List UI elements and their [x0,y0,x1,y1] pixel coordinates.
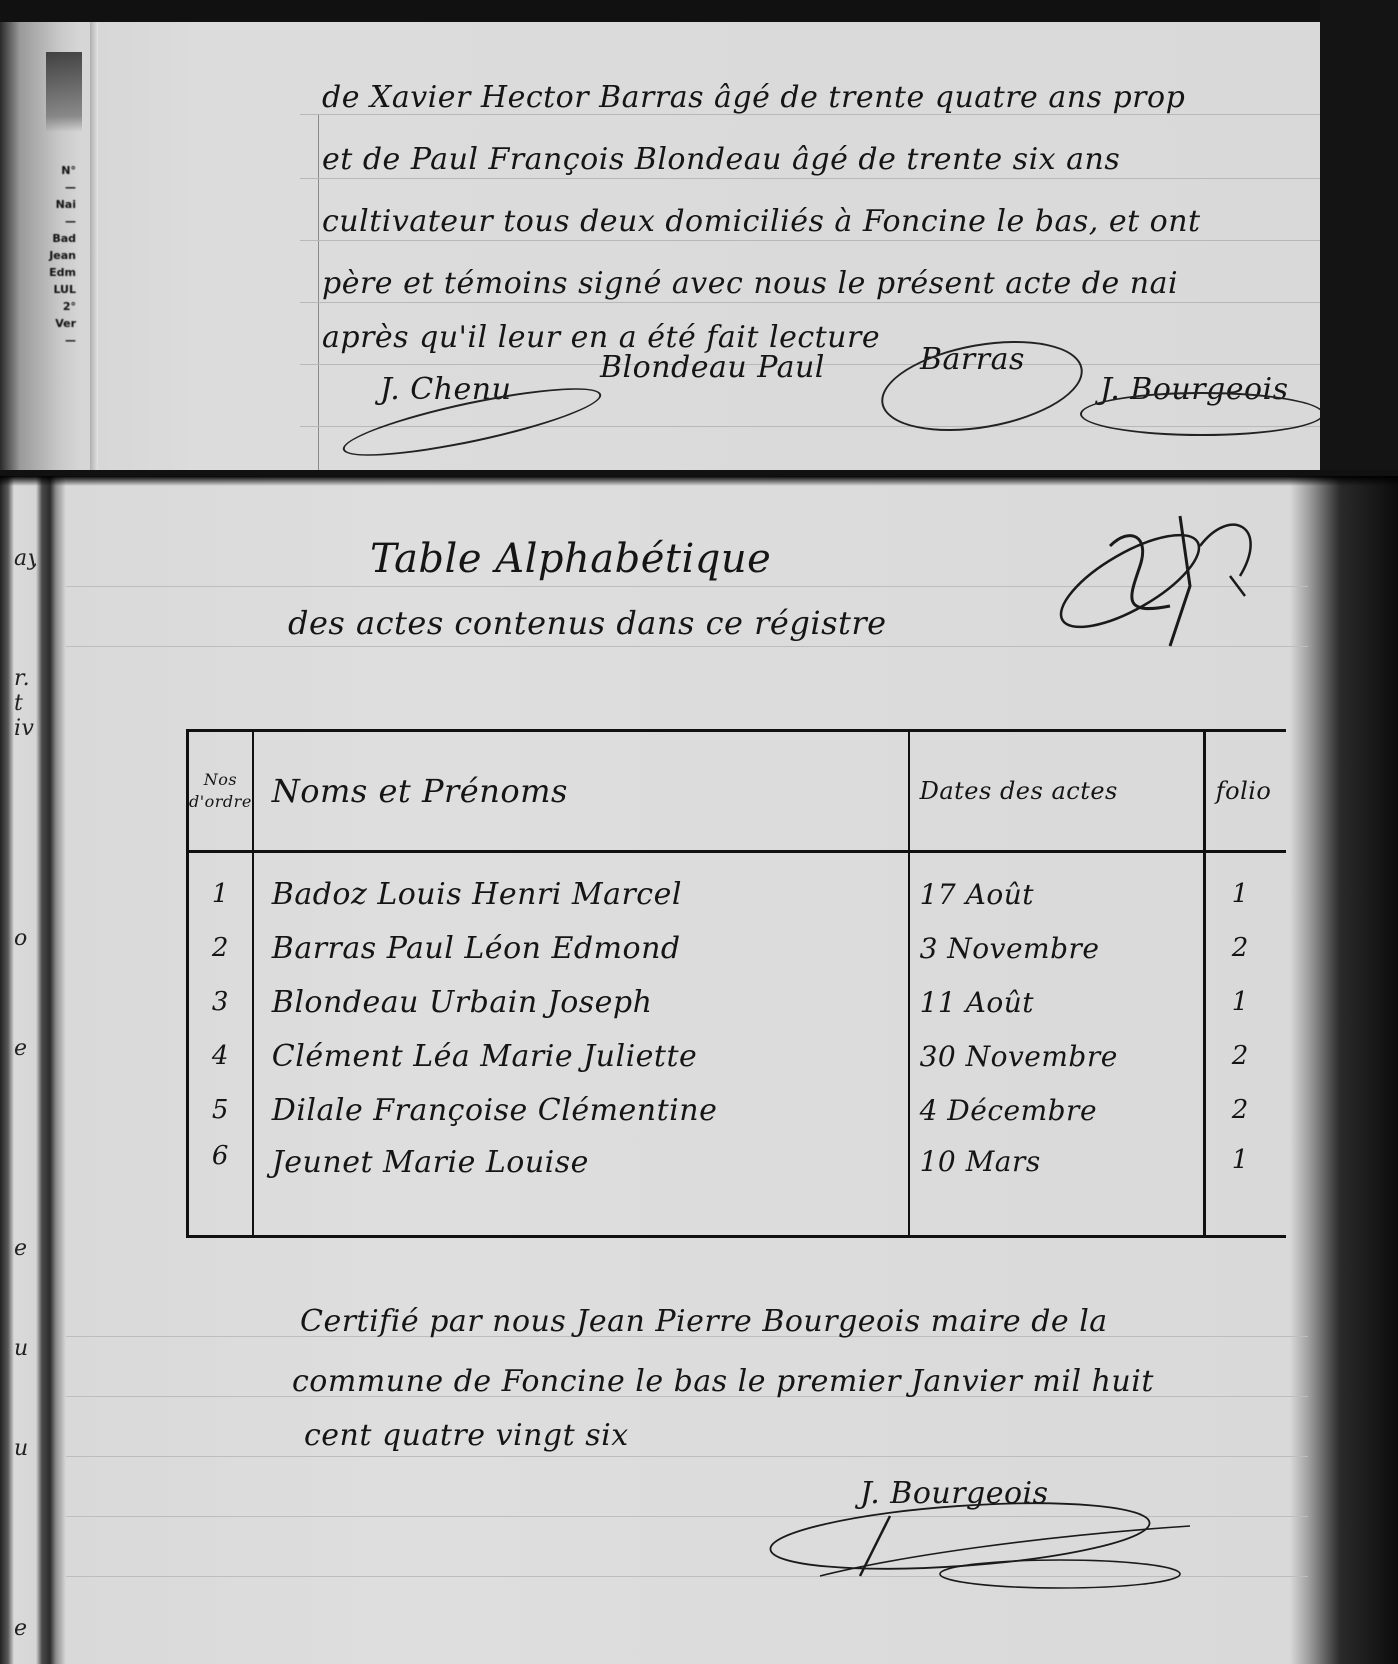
signature-blondeau: Blondeau Paul [600,350,825,385]
page-title: Table Alphabétique [370,536,771,582]
margin-note: — [16,179,76,196]
margin-note: — [16,213,76,230]
table-row: 3 Blondeau Urbain Joseph 11 Août 1 [188,975,1287,1029]
record-line: cultivateur tous deux domiciliés à Fonci… [322,204,1201,239]
page-edge [90,22,98,470]
row-date: 17 Août [909,852,1205,922]
margin-rule [318,114,319,470]
row-date: 30 Novembre [909,1029,1205,1083]
row-date: 10 Mars [909,1137,1205,1237]
row-number: 1 [188,852,253,922]
record-line: père et témoins signé avec nous le prése… [322,266,1178,301]
bleed-text: e [14,1616,36,1641]
scan-shadow [0,476,1398,486]
margin-note: Edm [16,264,76,281]
row-number: 5 [188,1083,253,1137]
bleed-text: u [14,1336,36,1361]
row-number: 4 [188,1029,253,1083]
row-date: 3 Novembre [909,921,1205,975]
row-number: 3 [188,975,253,1029]
row-name: Jeunet Marie Louise [253,1137,909,1237]
certification-line: cent quatre vingt six [304,1418,629,1453]
certification-line: Certifié par nous Jean Pierre Bourgeois … [300,1304,1108,1339]
signature-flourish [1080,392,1320,436]
row-date: 11 Août [909,975,1205,1029]
margin-note: Ver [16,315,76,332]
margin-note: Nai [16,196,76,213]
table-header-row: Nos d'ordre Noms et Prénoms Dates des ac… [188,731,1287,852]
row-name: Blondeau Urbain Joseph [253,975,909,1029]
row-name: Badoz Louis Henri Marcel [253,852,909,922]
header-order-number: Nos d'ordre [188,731,253,852]
bleed-text: e [14,1236,36,1261]
scan-border [1320,0,1398,470]
table-row: 2 Barras Paul Léon Edmond 3 Novembre 2 [188,921,1287,975]
header-names: Noms et Prénoms [253,731,909,852]
binding-shadow [46,52,82,132]
bleed-text: o [14,926,36,951]
row-name: Clément Léa Marie Juliette [253,1029,909,1083]
margin-note: LUL [16,281,76,298]
top-record-scan: N° — Nai — Bad Jean Edm LUL 2° Ver — de … [0,22,1320,470]
signature-flourish-icon [760,1486,1200,1596]
record-line: de Xavier Hector Barras âgé de trente qu… [322,80,1185,115]
bleed-text: ay [14,546,36,571]
row-folio: 1 [1204,1137,1286,1237]
margin-note: Bad [16,230,76,247]
certification-line: commune de Foncine le bas le premier Jan… [292,1364,1154,1399]
ruled-line [300,240,1320,241]
page-subtitle: des actes contenus dans ce régistre [288,604,887,642]
row-folio: 2 [1204,921,1286,975]
row-name: Barras Paul Léon Edmond [253,921,909,975]
margin-note: — [16,332,76,349]
bleed-text: e [14,1036,36,1061]
paraphe-icon [1040,506,1280,656]
index-page-scan: ay r. t iv o e e u u e Table Alphabétiqu… [0,476,1398,1664]
table-row: 5 Dilale Françoise Clémentine 4 Décembre… [188,1083,1287,1137]
table-row: 4 Clément Léa Marie Juliette 30 Novembre… [188,1029,1287,1083]
row-name: Dilale Françoise Clémentine [253,1083,909,1137]
header-dates: Dates des actes [909,731,1205,852]
bleed-text: r. t [14,666,36,716]
margin-notes: N° — Nai — Bad Jean Edm LUL 2° Ver — [16,162,76,349]
bleed-text: iv [14,716,36,741]
table-row: 6 Jeunet Marie Louise 10 Mars 1 [188,1137,1287,1237]
margin-note: Jean [16,247,76,264]
table-row: 1 Badoz Louis Henri Marcel 17 Août 1 [188,852,1287,922]
row-number: 6 [188,1137,253,1237]
ruled-line [66,1456,1308,1457]
header-folio: folio [1204,731,1286,852]
row-folio: 2 [1204,1083,1286,1137]
row-folio: 1 [1204,975,1286,1029]
ruled-line [300,178,1320,179]
row-folio: 2 [1204,1029,1286,1083]
row-folio: 1 [1204,852,1286,922]
row-date: 4 Décembre [909,1083,1205,1137]
signature-flourish [874,327,1089,445]
alphabetical-index-table: Nos d'ordre Noms et Prénoms Dates des ac… [186,729,1286,1238]
bleed-text: u [14,1436,36,1461]
record-line: et de Paul François Blondeau âgé de tren… [322,142,1120,177]
row-number: 2 [188,921,253,975]
ruled-line [300,302,1320,303]
margin-note: N° [16,162,76,179]
margin-note: 2° [16,298,76,315]
